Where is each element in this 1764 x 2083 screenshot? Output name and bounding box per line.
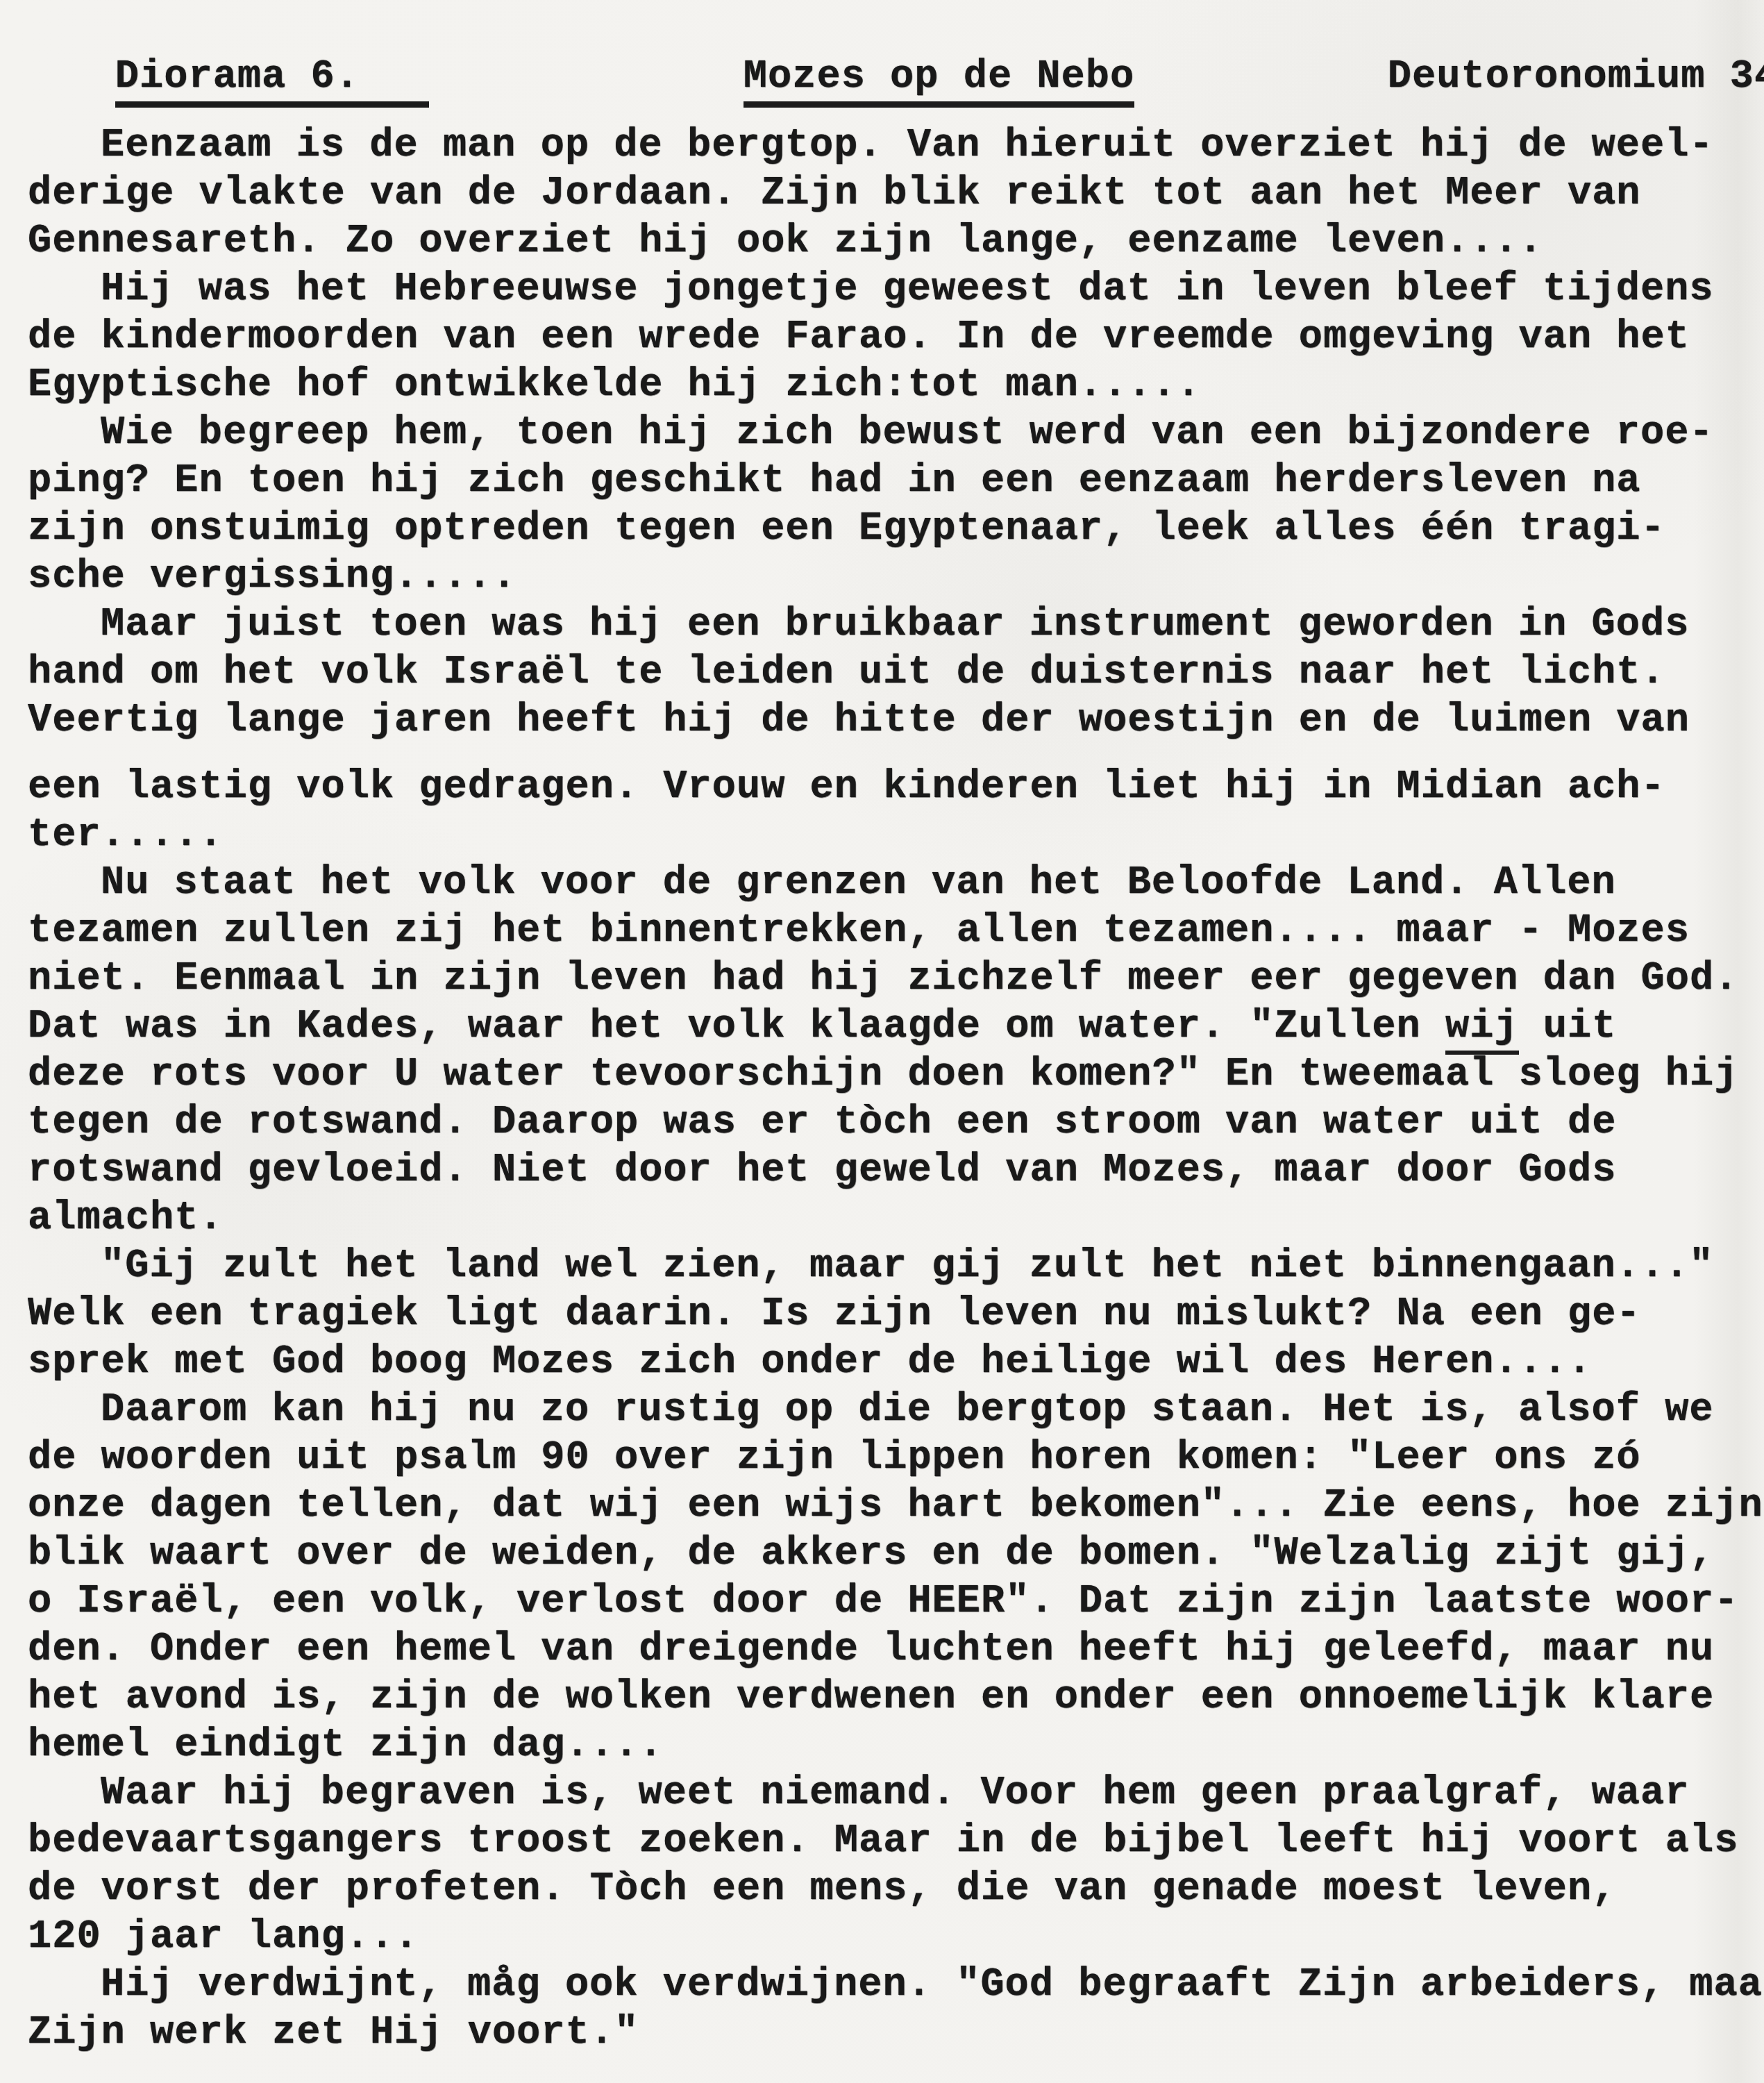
underlined-word: wij	[1445, 1005, 1519, 1055]
scanned-typewritten-page: Diorama 6. Mozes op de Nebo Deutoronomiu…	[0, 0, 1764, 2083]
text-line: de kindermoorden van een wrede Farao. In…	[28, 314, 1749, 362]
text-line: sprek met God boog Mozes zich onder de h…	[28, 1339, 1749, 1387]
text-line: hand om het volk Israël te leiden uit de…	[28, 649, 1749, 697]
text-line: hemel eindigt zijn dag....	[28, 1722, 1749, 1770]
text-line: Zijn werk zet Hij voort."	[28, 2009, 1749, 2057]
text-line: een lastig volk gedragen. Vrouw en kinde…	[28, 764, 1749, 812]
text-line: het avond is, zijn de wolken verdwenen e…	[28, 1674, 1749, 1722]
text-line: Eenzaam is de man op de bergtop. Van hie…	[28, 122, 1749, 170]
text-line: Dat was in Kades, waar het volk klaagde …	[28, 1003, 1749, 1051]
text-line: de vorst der profeten. Tòch een mens, di…	[28, 1866, 1749, 1914]
text-line: o Israël, een volk, verlost door de HEER…	[28, 1578, 1749, 1626]
text-line: Egyptische hof ontwikkelde hij zich:tot …	[28, 362, 1749, 410]
text-line: Nu staat het volk voor de grenzen van he…	[28, 860, 1749, 907]
text-line: Wie begreep hem, toen hij zich bewust we…	[28, 410, 1749, 458]
text-line: Waar hij begraven is, weet niemand. Voor…	[28, 1770, 1749, 1818]
text-line: tezamen zullen zij het binnentrekken, al…	[28, 907, 1749, 955]
text-line: almacht.	[28, 1195, 1749, 1243]
text-line: Hij verdwijnt, måg ook verdwijnen. "God …	[28, 1961, 1749, 2009]
text-line: Welk een tragiek ligt daarin. Is zijn le…	[28, 1291, 1749, 1339]
text-line: rotswand gevloeid. Niet door het geweld …	[28, 1147, 1749, 1195]
diorama-label-underlined: Diorama 6.	[115, 56, 429, 108]
text-line: bedevaartsgangers troost zoeken. Maar in…	[28, 1818, 1749, 1866]
text-line: ping? En toen hij zich geschikt had in e…	[28, 458, 1749, 505]
text-line: blik waart over de weiden, de akkers en …	[28, 1530, 1749, 1578]
text-line: Hij was het Hebreeuwse jongetje geweest …	[28, 266, 1749, 314]
text-line: de woorden uit psalm 90 over zijn lippen…	[28, 1434, 1749, 1482]
text-line: onze dagen tellen, dat wij een wijs hart…	[28, 1482, 1749, 1530]
text-line: tegen de rotswand. Daarop was er tòch ee…	[28, 1099, 1749, 1147]
text-line: ter.....	[28, 812, 1749, 860]
scripture-reference-text: Deutoronomium 34.	[1388, 55, 1764, 99]
text-line: "Gij zult het land wel zien, maar gij zu…	[28, 1243, 1749, 1291]
text-line: Daarom kan hij nu zo rustig op die bergt…	[28, 1387, 1749, 1434]
text-line: Gennesareth. Zo overziet hij ook zijn la…	[28, 218, 1749, 266]
text-line: deze rots voor U water tevoorschijn doen…	[28, 1051, 1749, 1099]
text-line: 120 jaar lang...	[28, 1914, 1749, 1961]
document-body: Eenzaam is de man op de bergtop. Van hie…	[28, 122, 1749, 2057]
text-line: Veertig lange jaren heeft hij de hitte d…	[28, 697, 1749, 745]
text-line: Maar juist toen was hij een bruikbaar in…	[28, 601, 1749, 649]
text-line: derige vlakte van de Jordaan. Zijn blik …	[28, 170, 1749, 218]
title-underlined: Mozes op de Nebo	[744, 56, 1134, 108]
text-line: sche vergissing.....	[28, 553, 1749, 601]
text-line: den. Onder een hemel van dreigende lucht…	[28, 1626, 1749, 1674]
text-line: niet. Eenmaal in zijn leven had hij zich…	[28, 955, 1749, 1003]
text-line: zijn onstuimig optreden tegen een Egypte…	[28, 505, 1749, 553]
